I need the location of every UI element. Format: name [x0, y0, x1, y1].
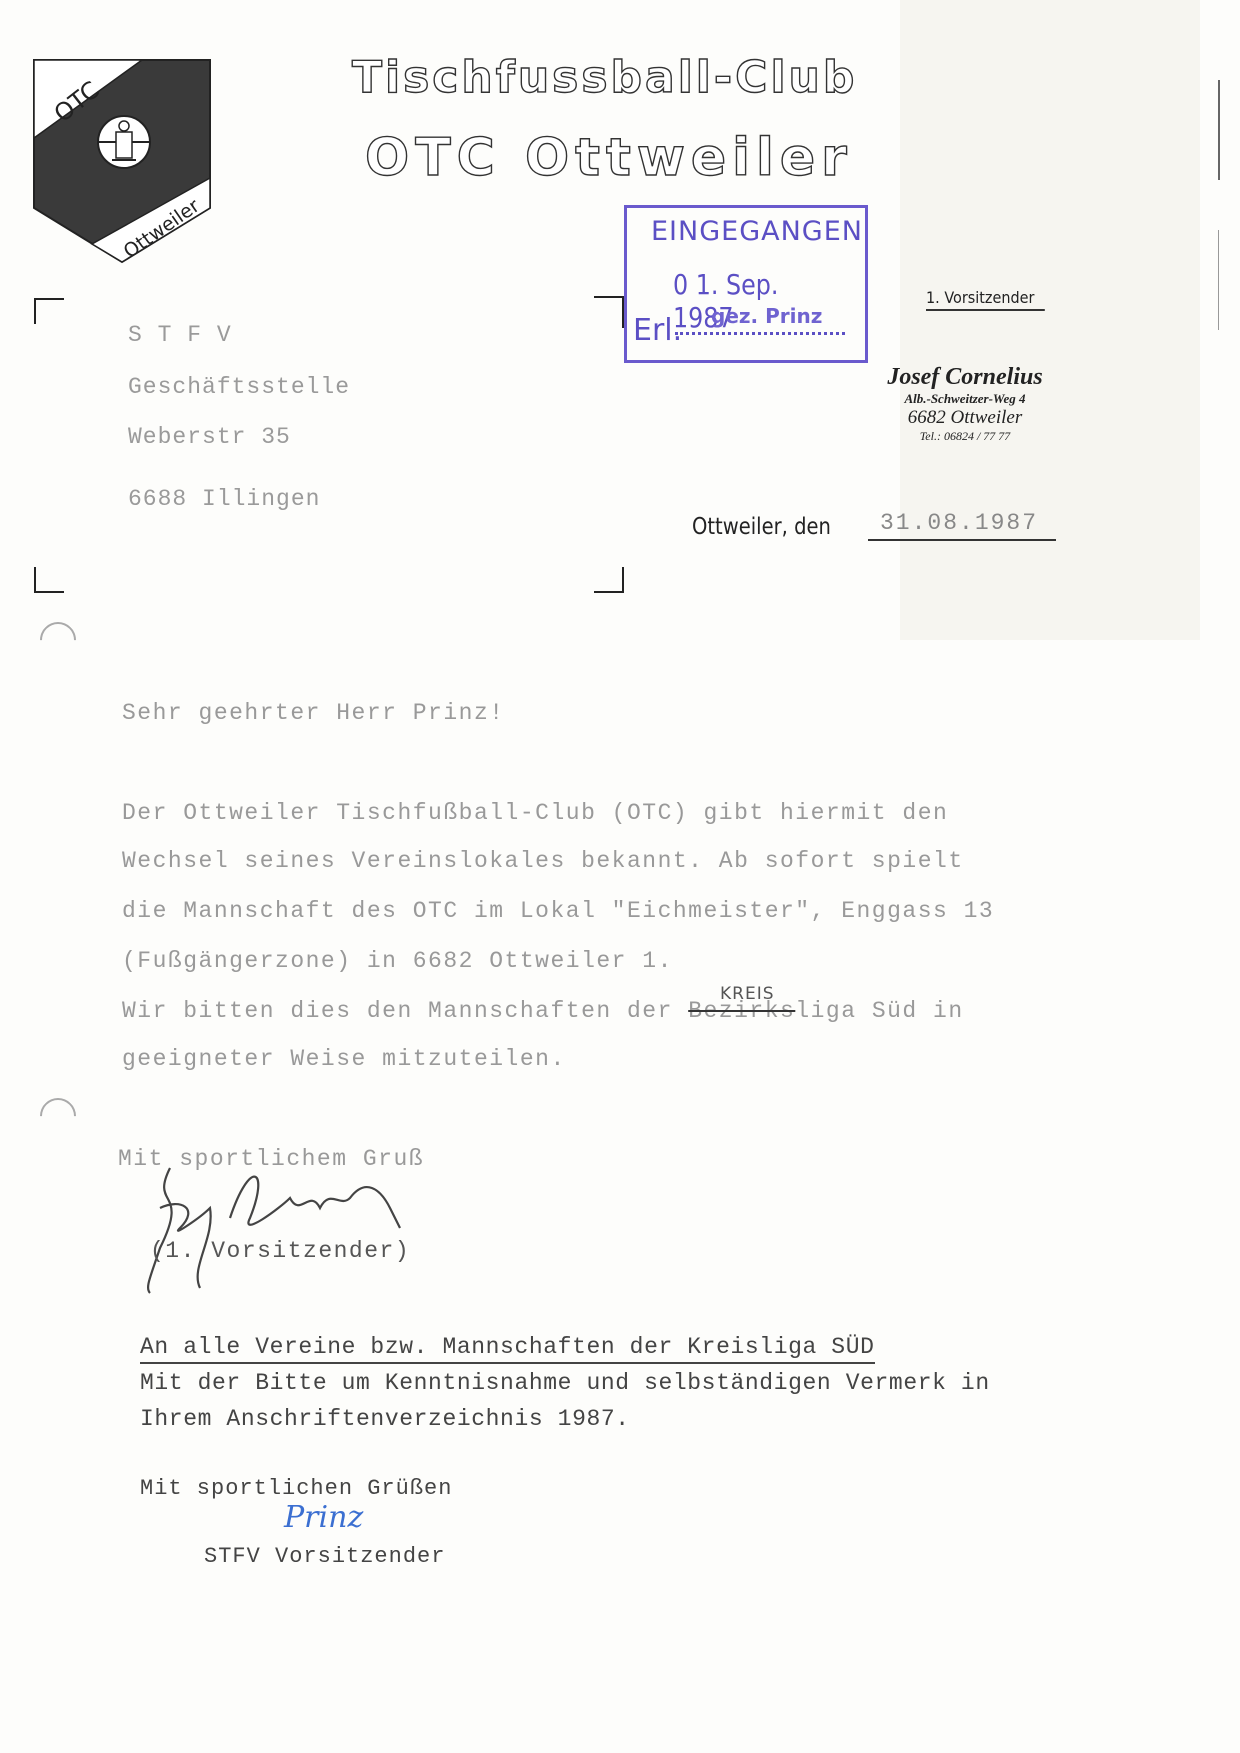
forward-line: Mit der Bitte um Kenntnisnahme und selbs…: [140, 1370, 990, 1396]
stamp-dotted-line: [675, 332, 845, 335]
stamp-erl-label: Erl.: [633, 313, 682, 348]
fold-mark: [1218, 80, 1220, 180]
address-corner-mark: [594, 567, 624, 593]
address-corner-mark: [34, 567, 64, 593]
body-line: geeigneter Weise mitzuteilen.: [122, 1046, 566, 1072]
recipient-line: Weberstr 35: [128, 424, 291, 450]
address-corner-mark: [34, 298, 64, 324]
club-logo: OTC Ottweiler: [32, 58, 212, 264]
body-line: (Fußgängerzone) in 6682 Ottweiler 1.: [122, 948, 673, 974]
punch-hole-mark: [33, 615, 84, 666]
blue-signature: Prinz: [284, 1500, 363, 1535]
letterhead-line2: OTC Ottweiler: [365, 128, 853, 188]
forward-heading: An alle Vereine bzw. Mannschaften der Kr…: [140, 1334, 875, 1364]
forward-role: STFV Vorsitzender: [204, 1544, 445, 1569]
sender-block: Josef Cornelius Alb.-Schweitzer-Weg 4 66…: [860, 364, 1070, 444]
body-line: Der Ottweiler Tischfußball-Club (OTC) gi…: [122, 800, 948, 826]
body-line: Wechsel seines Vereinslokales bekannt. A…: [122, 848, 964, 874]
foosball-player-icon: [98, 116, 150, 168]
body-line: Wir bitten dies den Mannschaften der Bez…: [122, 998, 964, 1024]
sender-street: Alb.-Schweitzer-Weg 4: [860, 391, 1070, 407]
dateline-rule: [868, 539, 1056, 541]
dateline-place: Ottweiler, den: [692, 514, 831, 540]
handwritten-signature: [140, 1148, 420, 1298]
dateline-date: 31.08.1987: [880, 510, 1038, 536]
fold-mark: [1218, 230, 1219, 330]
body-line: die Mannschaft des OTC im Lokal "Eichmei…: [122, 898, 994, 924]
received-stamp: EINGEGANGEN 0 1. Sep. 1987 Erl. gez. Pri…: [624, 205, 868, 363]
punch-hole-mark: [33, 1091, 84, 1142]
sender-name: Josef Cornelius: [860, 364, 1070, 391]
sender-city: 6682 Ottweiler: [860, 407, 1070, 429]
stamp-signed: gez. Prinz: [711, 304, 822, 328]
signature-role: (1. Vorsitzender): [150, 1238, 410, 1264]
sender-phone: Tel.: 06824 / 77 77: [860, 429, 1070, 444]
recipient-line: 6688 Illingen: [128, 486, 320, 512]
stamp-title: EINGEGANGEN: [651, 216, 863, 247]
salutation: Sehr geehrter Herr Prinz!: [122, 700, 505, 726]
forward-closing: Mit sportlichen Grüßen: [140, 1476, 452, 1501]
address-corner-mark: [594, 296, 624, 328]
letterhead-line1: Tischfussball-Club: [352, 52, 857, 103]
forward-line: Ihrem Anschriftenverzeichnis 1987.: [140, 1406, 630, 1432]
recipient-line: Geschäftsstelle: [128, 374, 350, 400]
recipient-line: S T F V: [128, 322, 232, 348]
struck-word: Bezirks: [688, 998, 795, 1024]
paper-tint: [900, 0, 1200, 640]
sender-role: 1. Vorsitzender: [926, 288, 1045, 311]
